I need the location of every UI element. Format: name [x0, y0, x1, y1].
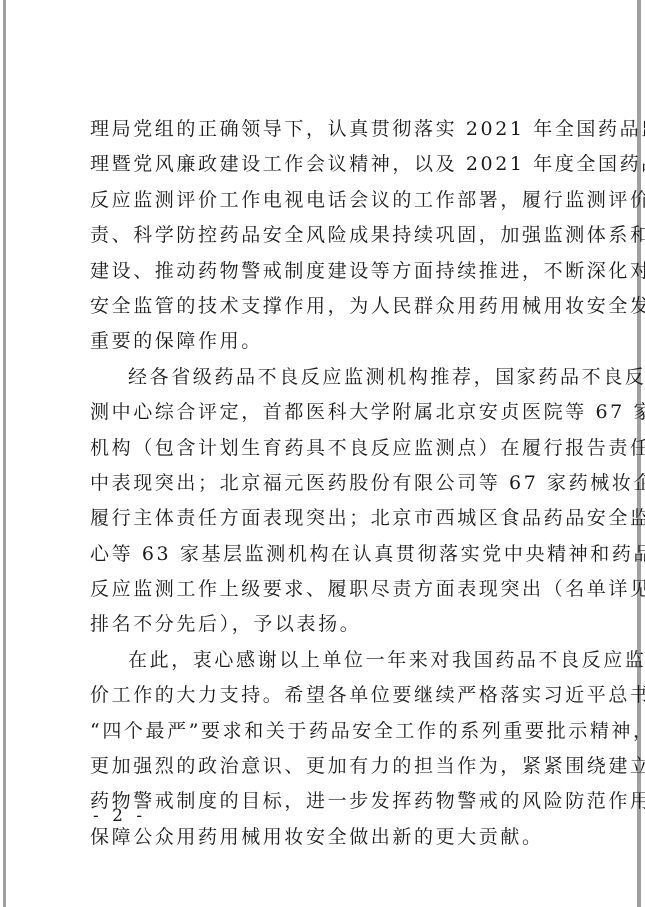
text-line: 中表现突出；北京福元医药股份有限公司等 67 家药械妆企业在 — [90, 466, 580, 501]
text-line: 排名不分先后），予以表扬。 — [90, 607, 580, 642]
text-line: “四个最严”要求和关于药品安全工作的系列重要批示精神，以 — [90, 714, 580, 749]
paragraph-2: 经各省级药品不良反应监测机构推荐，国家药品不良反应监 测中心综合评定，首都医科大… — [90, 360, 580, 643]
text-line: 重要的保障作用。 — [90, 324, 580, 359]
text-line: 责、科学防控药品安全风险成果持续巩固，加强监测体系和能力 — [90, 218, 580, 253]
text-line: 在此，衷心感谢以上单位一年来对我国药品不良反应监测评 — [90, 643, 580, 678]
text-line: 更加强烈的政治意识、更加有力的担当作为，紧紧围绕建立国家 — [90, 749, 580, 784]
document-page: 理局党组的正确领导下，认真贯彻落实 2021 年全国药品监督管 理暨党风廉政建设… — [3, 0, 641, 907]
text-line: 反应监测评价工作电视电话会议的工作部署，履行监测评价职 — [90, 183, 580, 218]
page-number: - 2 - — [93, 806, 146, 826]
text-line: 测中心综合评定，首都医科大学附属北京安贞医院等 67 家医疗 — [90, 395, 580, 430]
text-line: 经各省级药品不良反应监测机构推荐，国家药品不良反应监 — [90, 360, 580, 395]
text-line: 保障公众用药用械用妆安全做出新的更大贡献。 — [90, 820, 580, 855]
text-line: 建设、推动药物警戒制度建设等方面持续推进，不断深化对药品 — [90, 254, 580, 289]
text-line: 安全监管的技术支撑作用，为人民群众用药用械用妆安全发挥了 — [90, 289, 580, 324]
text-line: 心等 63 家基层监测机构在认真贯彻落实党中央精神和药品不良 — [90, 537, 580, 572]
text-line: 理局党组的正确领导下，认真贯彻落实 2021 年全国药品监督管 — [90, 112, 580, 147]
paragraph-3: 在此，衷心感谢以上单位一年来对我国药品不良反应监测评 价工作的大力支持。希望各单… — [90, 643, 580, 855]
text-line: 履行主体责任方面表现突出；北京市西城区食品药品安全监控中 — [90, 501, 580, 536]
text-line: 反应监测工作上级要求、履职尽责方面表现突出（名单详见附件， — [90, 572, 580, 607]
document-body: 理局党组的正确领导下，认真贯彻落实 2021 年全国药品监督管 理暨党风廉政建设… — [90, 112, 580, 855]
text-line: 药物警戒制度的目标，进一步发挥药物警戒的风险防范作用，为 — [90, 784, 580, 819]
text-line: 理暨党风廉政建设工作会议精神，以及 2021 年度全国药品不良 — [90, 147, 580, 182]
paragraph-1: 理局党组的正确领导下，认真贯彻落实 2021 年全国药品监督管 理暨党风廉政建设… — [90, 112, 580, 360]
text-line: 价工作的大力支持。希望各单位要继续严格落实习近平总书记 — [90, 678, 580, 713]
text-line: 机构（包含计划生育药具不良反应监测点）在履行报告责任工作 — [90, 431, 580, 466]
